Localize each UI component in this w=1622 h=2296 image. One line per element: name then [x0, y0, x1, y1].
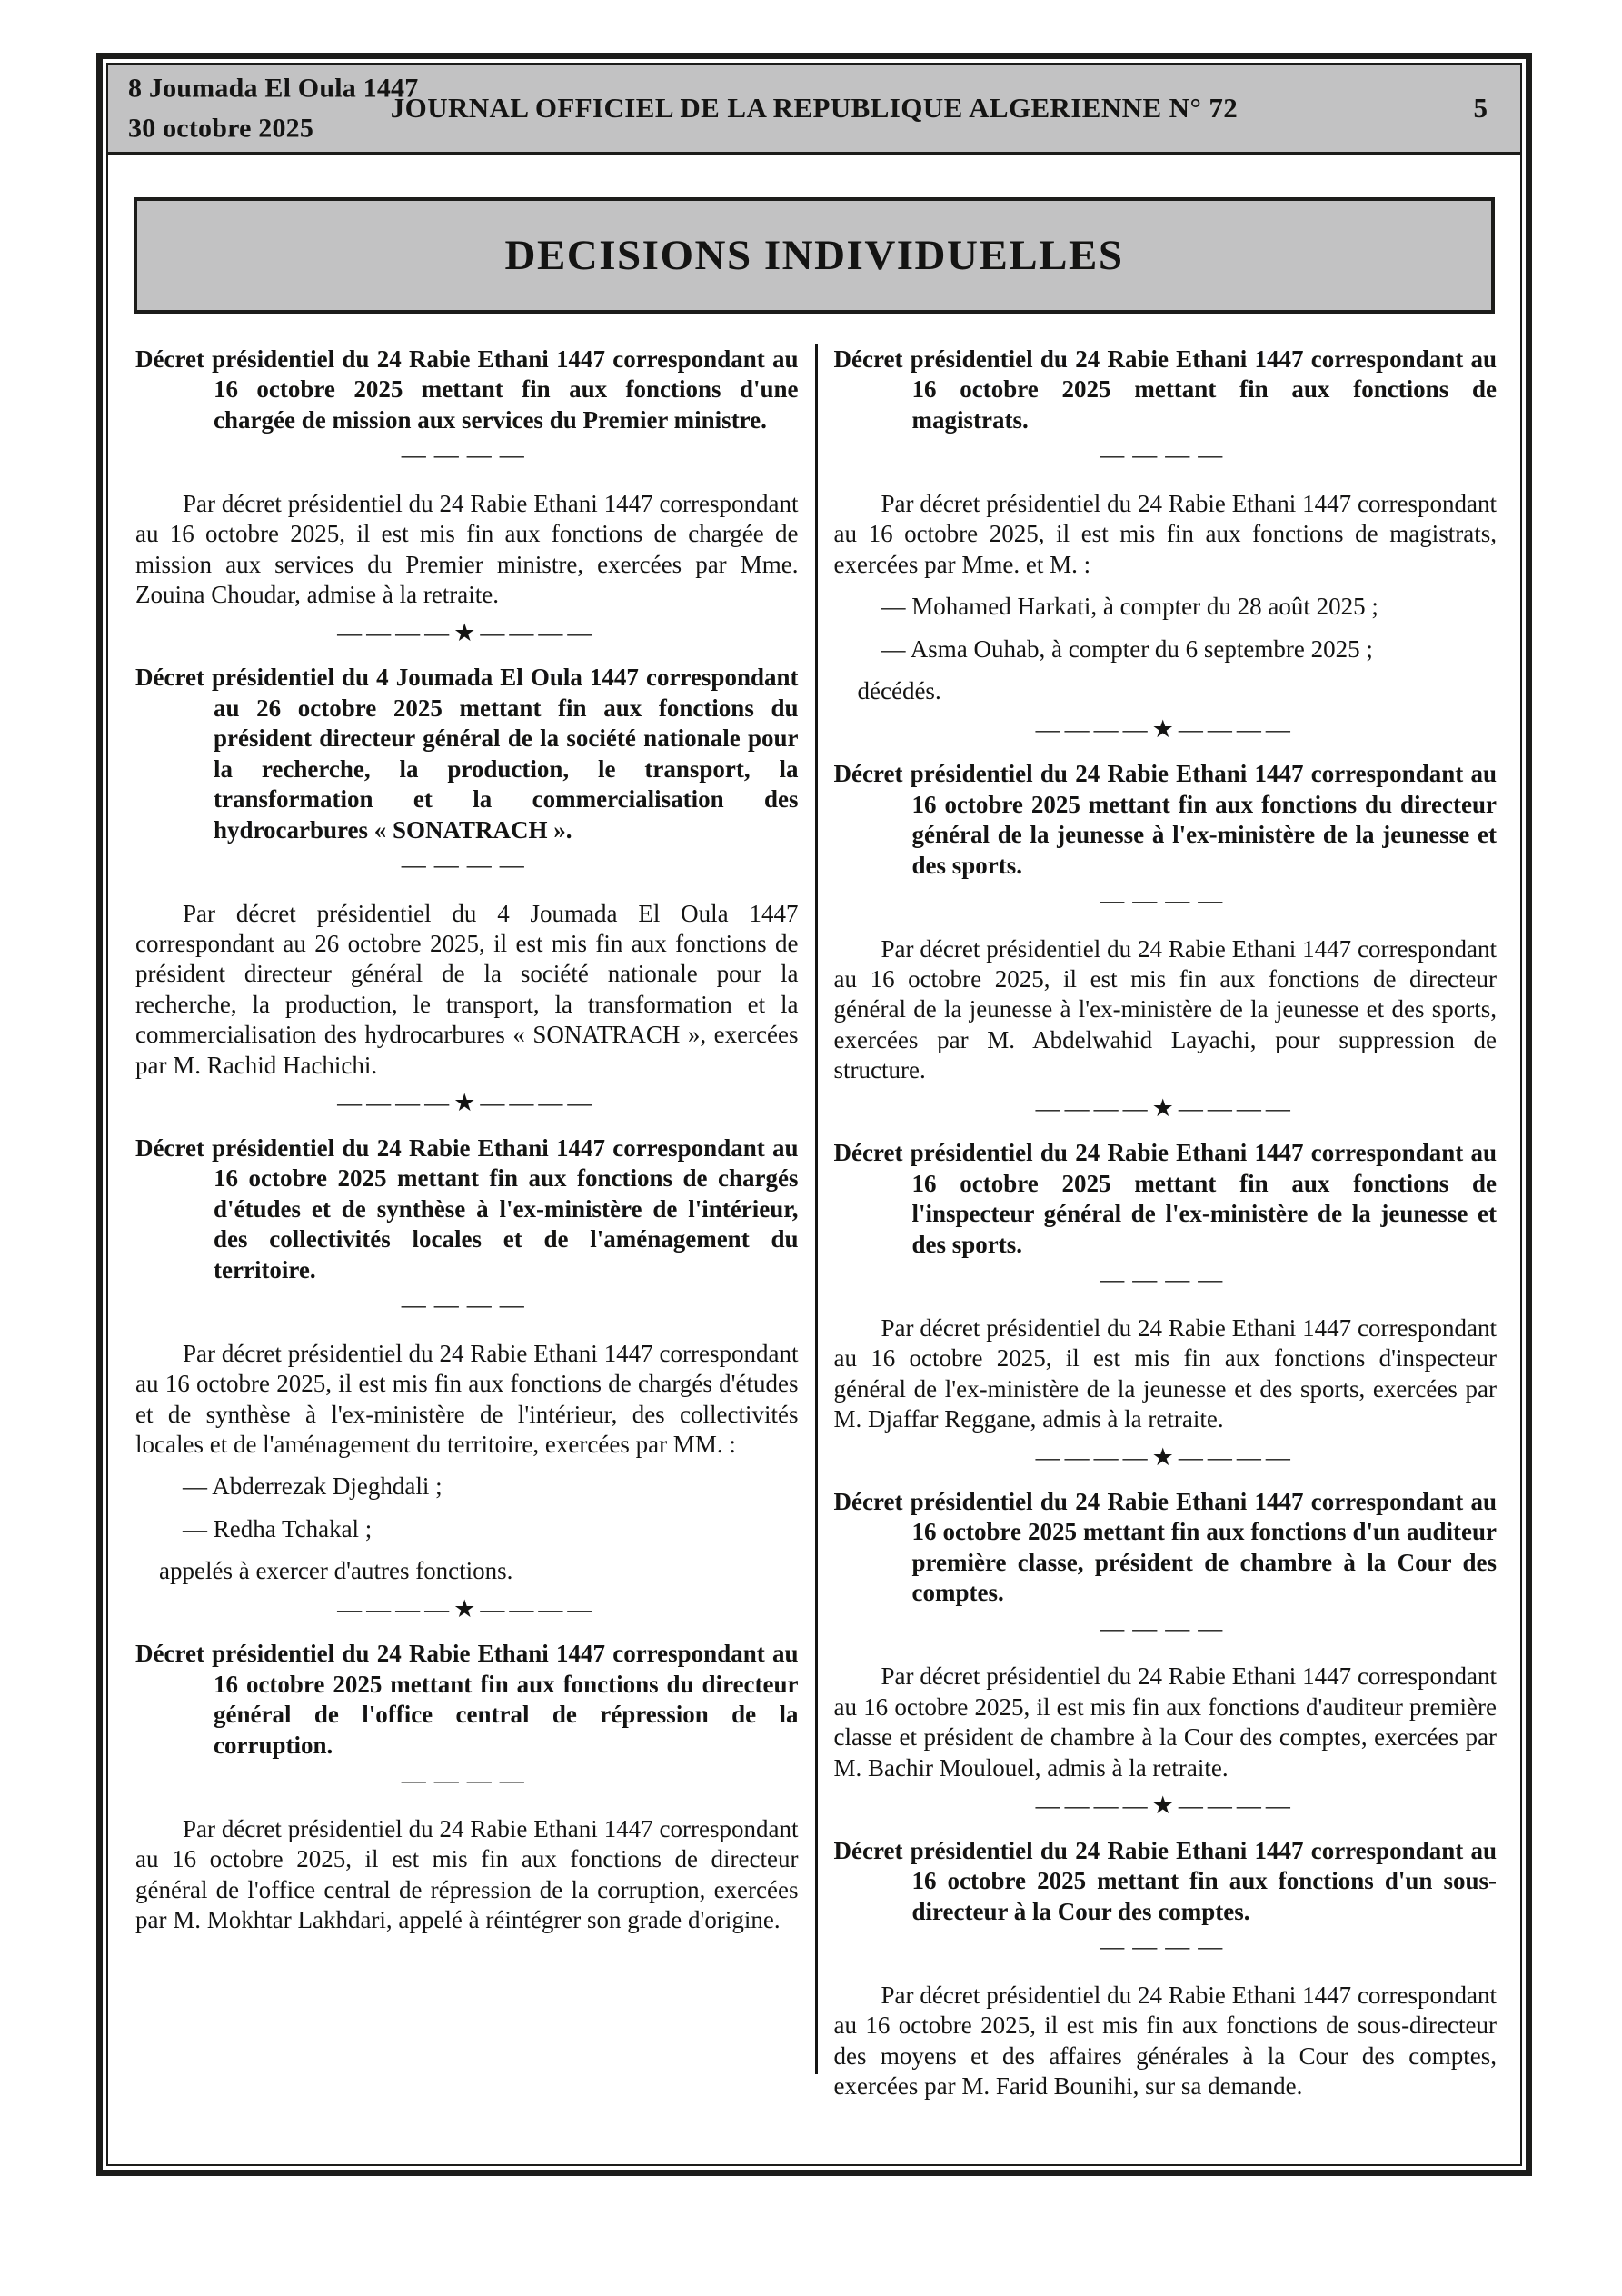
dash-separator: ———— [834, 885, 1498, 915]
decree-heading: Décret présidentiel du 24 Rabie Ethani 1… [135, 1639, 799, 1761]
decree-heading: Décret présidentiel du 24 Rabie Ethani 1… [135, 344, 799, 435]
decree-section: Décret présidentiel du 24 Rabie Ethani 1… [834, 344, 1498, 744]
decree-heading: Décret présidentiel du 24 Rabie Ethani 1… [834, 344, 1498, 435]
decree-paragraph: Par décret présidentiel du 24 Rabie Etha… [135, 1339, 799, 1461]
decree-paragraph: Par décret présidentiel du 24 Rabie Etha… [135, 489, 799, 611]
decree-section: Décret présidentiel du 24 Rabie Ethani 1… [834, 1138, 1498, 1472]
decree-section: Décret présidentiel du 24 Rabie Ethani 1… [834, 759, 1498, 1123]
star-separator: ————★———— [135, 618, 799, 648]
decree-paragraph: Par décret présidentiel du 24 Rabie Etha… [834, 934, 1498, 1086]
decree-list-item: — Redha Tchakal ; [135, 1514, 799, 1544]
columns: Décret présidentiel du 24 Rabie Ethani 1… [126, 344, 1502, 2107]
dash-separator: ———— [135, 440, 799, 470]
left-column: Décret présidentiel du 24 Rabie Ethani 1… [126, 344, 811, 2107]
decree-list-item: — Abderrezak Djeghdali ; [135, 1472, 799, 1502]
decree-heading: Décret présidentiel du 24 Rabie Ethani 1… [834, 1138, 1498, 1260]
right-column: Décret présidentiel du 24 Rabie Ethani 1… [821, 344, 1503, 2107]
decree-section: Décret présidentiel du 4 Joumada El Oula… [135, 663, 799, 1119]
decree-section: Décret présidentiel du 24 Rabie Ethani 1… [135, 344, 799, 648]
star-separator: ————★———— [834, 1442, 1498, 1472]
decree-section: Décret présidentiel du 24 Rabie Ethani 1… [834, 1487, 1498, 1822]
page-number: 5 [1474, 92, 1488, 125]
decree-paragraph: Par décret présidentiel du 24 Rabie Etha… [834, 1313, 1498, 1435]
decree-heading: Décret présidentiel du 24 Rabie Ethani 1… [135, 1133, 799, 1285]
section-banner: DECISIONS INDIVIDUELLES [134, 197, 1495, 314]
decree-list-item: — Asma Ouhab, à compter du 6 septembre 2… [834, 634, 1498, 664]
decree-section: Décret présidentiel du 24 Rabie Ethani 1… [135, 1639, 799, 1935]
decree-section: Décret présidentiel du 24 Rabie Ethani 1… [135, 1133, 799, 1625]
decree-closing: appelés à exercer d'autres fonctions. [135, 1556, 799, 1586]
decree-heading: Décret présidentiel du 24 Rabie Ethani 1… [834, 759, 1498, 881]
star-separator: ————★———— [834, 1093, 1498, 1123]
star-separator: ————★———— [834, 1791, 1498, 1821]
decree-heading: Décret présidentiel du 24 Rabie Ethani 1… [834, 1487, 1498, 1609]
decree-paragraph: Par décret présidentiel du 24 Rabie Etha… [135, 1814, 799, 1936]
decree-heading: Décret présidentiel du 24 Rabie Ethani 1… [834, 1836, 1498, 1927]
page-content: DECISIONS INDIVIDUELLES Décret président… [108, 155, 1520, 2164]
page-frame-inner: 8 Joumada El Oula 1447 30 octobre 2025 J… [106, 63, 1522, 2166]
dash-separator: ———— [135, 1765, 799, 1795]
star-separator: ————★———— [834, 714, 1498, 744]
dash-separator: ———— [135, 850, 799, 880]
decree-section: Décret présidentiel du 24 Rabie Ethani 1… [834, 1836, 1498, 2102]
decree-paragraph: Par décret présidentiel du 4 Joumada El … [135, 899, 799, 1082]
dash-separator: ———— [834, 440, 1498, 470]
decree-list-item: — Mohamed Harkati, à compter du 28 août … [834, 592, 1498, 622]
star-separator: ————★———— [135, 1594, 799, 1624]
dash-separator: ———— [135, 1290, 799, 1320]
decree-paragraph: Par décret présidentiel du 24 Rabie Etha… [834, 1981, 1498, 2102]
dash-separator: ———— [834, 1613, 1498, 1643]
dash-separator: ———— [834, 1264, 1498, 1294]
journal-page: 8 Joumada El Oula 1447 30 octobre 2025 J… [0, 0, 1622, 2296]
decree-paragraph: Par décret présidentiel du 24 Rabie Etha… [834, 489, 1498, 580]
decree-heading: Décret présidentiel du 4 Joumada El Oula… [135, 663, 799, 845]
masthead: 8 Joumada El Oula 1447 30 octobre 2025 J… [108, 65, 1520, 155]
page-frame: 8 Joumada El Oula 1447 30 octobre 2025 J… [96, 53, 1532, 2176]
decree-closing: décédés. [834, 676, 1498, 706]
star-separator: ————★———— [135, 1088, 799, 1118]
decree-paragraph: Par décret présidentiel du 24 Rabie Etha… [834, 1662, 1498, 1783]
journal-title: JOURNAL OFFICIEL DE LA REPUBLIQUE ALGERI… [108, 92, 1520, 125]
section-banner-title: DECISIONS INDIVIDUELLES [505, 231, 1124, 280]
dash-separator: ———— [834, 1932, 1498, 1962]
column-divider [815, 344, 818, 2074]
